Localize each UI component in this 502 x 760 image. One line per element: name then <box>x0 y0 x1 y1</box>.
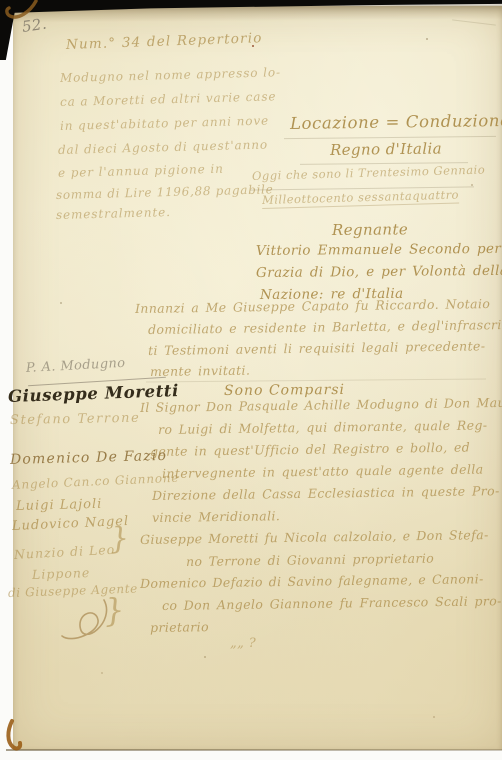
sovereign-line: Vittorio Emmanuele Secondo per <box>256 241 501 259</box>
signature-stefano-terrone: Stefano Terrone <box>10 411 141 428</box>
act-subtitle: Regno d'Italia <box>330 139 442 159</box>
party3-line: prietario <box>150 619 209 635</box>
act-regnante: Regnante <box>332 220 408 239</box>
party1-line: vincie Meridionali. <box>152 508 280 525</box>
page-number: 52. <box>21 15 48 36</box>
act-title: Locazione = Conduzione <box>290 111 502 133</box>
margin-note-line: semestralmente. <box>56 205 171 222</box>
scan-bottom-margin <box>0 751 502 760</box>
scan-left-margin <box>0 60 13 760</box>
signature-flourish-swirl <box>52 596 122 654</box>
signature-luigi-lajoli: Luigi Lajoli <box>16 497 103 514</box>
signature-lippone: Lippone <box>32 565 91 582</box>
ink-blot-bottom-left <box>4 718 30 754</box>
end-flourish-mark: „„ ? <box>230 636 256 651</box>
scanned-manuscript-page: 52. Num.° 34 del Repertorio Modugno nel … <box>0 0 502 760</box>
sovereign-line: Grazia di Dio, e per Volontà della <box>256 263 502 281</box>
